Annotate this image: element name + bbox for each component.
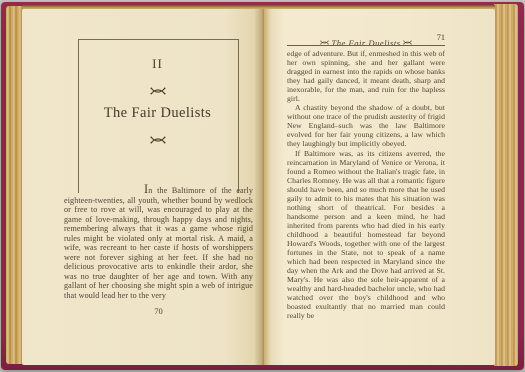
right-page: The Fair Duelists 71 edge of adventure. … — [264, 9, 495, 365]
left-page-paragraph: n the Baltimore of the early eighteen-tw… — [64, 186, 253, 300]
running-head-rule — [287, 45, 445, 46]
left-page: II The Fair Duelists In the Baltimore of… — [22, 9, 264, 365]
open-book-photo: II The Fair Duelists In the Baltimore of… — [0, 0, 525, 372]
page-edges-right — [494, 4, 518, 366]
left-page-number: 70 — [64, 306, 253, 316]
right-page-text: edge of adventure. But if, enmeshed in t… — [287, 49, 445, 320]
right-page-number: 71 — [437, 33, 445, 42]
fleuron-ornament-icon — [150, 136, 166, 144]
left-page-text: In the Baltimore of the early eighteen-t… — [64, 185, 253, 301]
fleuron-ornament-icon — [150, 87, 166, 95]
chapter-number: II — [78, 56, 237, 72]
running-head-title: The Fair Duelists — [329, 38, 402, 48]
right-page-paragraph: If Baltimore was, as its citizens averre… — [287, 149, 445, 321]
chapter-title: The Fair Duelists — [58, 105, 257, 122]
running-head: The Fair Duelists 71 — [287, 33, 445, 44]
right-page-paragraph: edge of adventure. But if, enmeshed in t… — [287, 49, 445, 103]
right-page-paragraph: A chastity beyond the shadow of a doubt,… — [287, 103, 445, 148]
